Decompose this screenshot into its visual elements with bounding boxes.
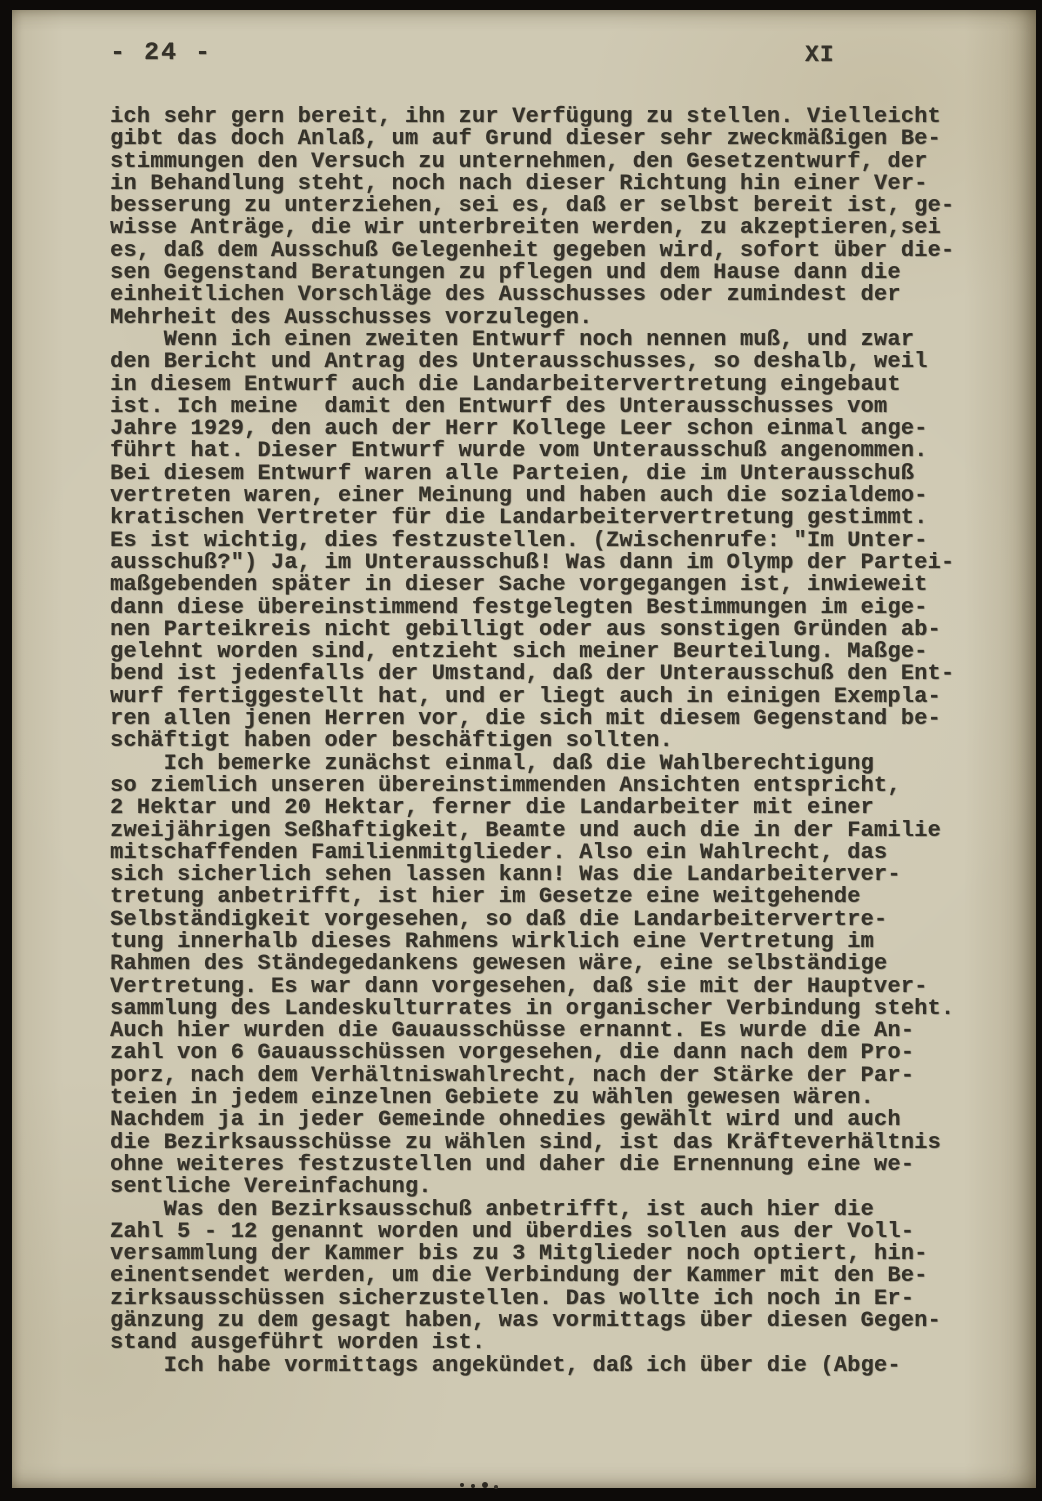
text-line: Bei diesem Entwurf waren alle Parteien, … xyxy=(110,463,990,485)
text-line: dann diese übereinstimmend festgelegten … xyxy=(110,597,990,619)
text-line: die Bezirksausschüsse zu wählen sind, is… xyxy=(110,1132,990,1154)
text-line: maßgebenden später in dieser Sache vorge… xyxy=(110,574,990,596)
text-line: teien in jedem einzelnen Gebiete zu wähl… xyxy=(110,1087,990,1109)
text-line: wurf fertiggestellt hat, und er liegt au… xyxy=(110,686,990,708)
text-line: 2 Hektar und 20 Hektar, ferner die Landa… xyxy=(110,797,990,819)
text-line: Es ist wichtig, dies festzustellen. (Zwi… xyxy=(110,530,990,552)
text-line: versammlung der Kammer bis zu 3 Mitglied… xyxy=(110,1243,990,1265)
text-line: nen Parteikreis nicht gebilligt oder aus… xyxy=(110,619,990,641)
text-line: kratischen Vertreter für die Landarbeite… xyxy=(110,507,990,529)
text-line: ist. Ich meine damit den Entwurf des Unt… xyxy=(110,396,990,418)
text-line: einentsendet werden, um die Verbindung d… xyxy=(110,1265,990,1287)
page-header: - 24 - XI xyxy=(12,38,1036,68)
document-page: - 24 - XI ich sehr gern bereit, ihn zur … xyxy=(12,10,1036,1488)
text-line: den Bericht und Antrag des Unterausschus… xyxy=(110,351,990,373)
text-line: sentliche Vereinfachung. xyxy=(110,1176,990,1198)
text-line: Nachdem ja in jeder Gemeinde ohnedies ge… xyxy=(110,1109,990,1131)
text-line: so ziemlich unseren übereinstimmenden An… xyxy=(110,775,990,797)
text-line: Wenn ich einen zweiten Entwurf noch nenn… xyxy=(110,329,990,351)
text-line: tung innerhalb dieses Rahmens wirklich e… xyxy=(110,931,990,953)
scanned-document: - 24 - XI ich sehr gern bereit, ihn zur … xyxy=(0,0,1042,1501)
text-line: zirksausschüssen sicherzustellen. Das wo… xyxy=(110,1288,990,1310)
text-line: Ich habe vormittags angekündet, daß ich … xyxy=(110,1355,990,1377)
text-line: einheitlichen Vorschläge des Ausschusses… xyxy=(110,284,990,306)
text-line: besserung zu unterziehen, sei es, daß er… xyxy=(110,195,990,217)
text-line: gänzung zu dem gesagt haben, was vormitt… xyxy=(110,1310,990,1332)
text-line: stimmungen den Versuch zu unternehmen, d… xyxy=(110,151,990,173)
text-line: Jahre 1929, den auch der Herr Kollege Le… xyxy=(110,418,990,440)
text-line: sen Gegenstand Beratungen zu pflegen und… xyxy=(110,262,990,284)
document-text: ich sehr gern bereit, ihn zur Verfügung … xyxy=(110,106,990,1377)
text-line: sich sicherlich sehen lassen kann! Was d… xyxy=(110,864,990,886)
text-line: mitschaffenden Familienmitglieder. Also … xyxy=(110,842,990,864)
text-line: Auch hier wurden die Gauausschüsse ernan… xyxy=(110,1020,990,1042)
text-line: wisse Anträge, die wir unterbreiten werd… xyxy=(110,217,990,239)
text-line: schäftigt haben oder beschäftigen sollte… xyxy=(110,730,990,752)
text-line: tretung anbetrifft, ist hier im Gesetze … xyxy=(110,886,990,908)
text-line: ohne weiteres festzustellen und daher di… xyxy=(110,1154,990,1176)
text-line: Mehrheit des Ausschusses vorzulegen. xyxy=(110,307,990,329)
text-line: porz, nach dem Verhältniswahlrecht, nach… xyxy=(110,1065,990,1087)
text-line: sammlung des Landeskulturrates in organi… xyxy=(110,998,990,1020)
text-line: bend ist jedenfalls der Umstand, daß der… xyxy=(110,663,990,685)
text-line: Rahmen des Ständegedankens gewesen wäre,… xyxy=(110,953,990,975)
text-line: zahl von 6 Gauausschüssen vorgesehen, di… xyxy=(110,1042,990,1064)
text-line: ren allen jenen Herren vor, die sich mit… xyxy=(110,708,990,730)
text-line: in diesem Entwurf auch die Landarbeiterv… xyxy=(110,374,990,396)
text-line: führt hat. Dieser Entwurf wurde vom Unte… xyxy=(110,440,990,462)
text-line: Zahl 5 - 12 genannt worden und überdies … xyxy=(110,1221,990,1243)
text-line: gelehnt worden sind, entzieht sich meine… xyxy=(110,641,990,663)
text-line: in Behandlung steht, noch nach dieser Ri… xyxy=(110,173,990,195)
text-line: ich sehr gern bereit, ihn zur Verfügung … xyxy=(110,106,990,128)
text-line: stand ausgeführt worden ist. xyxy=(110,1332,990,1354)
text-line: Selbständigkeit vorgesehen, so daß die L… xyxy=(110,909,990,931)
text-line: gibt das doch Anlaß, um auf Grund dieser… xyxy=(110,128,990,150)
text-line: ausschuß?") Ja, im Unterausschuß! Was da… xyxy=(110,552,990,574)
text-line: Was den Bezirksausschuß anbetrifft, ist … xyxy=(110,1199,990,1221)
text-line: Vertretung. Es war dann vorgesehen, daß … xyxy=(110,976,990,998)
text-line: vertreten waren, einer Meinung und haben… xyxy=(110,485,990,507)
text-line: zweijährigen Seßhaftigkeit, Beamte und a… xyxy=(110,820,990,842)
page-number: - 24 - xyxy=(110,38,212,67)
text-line: es, daß dem Ausschuß Gelegenheit gegeben… xyxy=(110,240,990,262)
footer-cutoff-mark xyxy=(460,1483,464,1487)
chapter-number: XI xyxy=(805,42,835,68)
text-line: Ich bemerke zunächst einmal, daß die Wah… xyxy=(110,753,990,775)
